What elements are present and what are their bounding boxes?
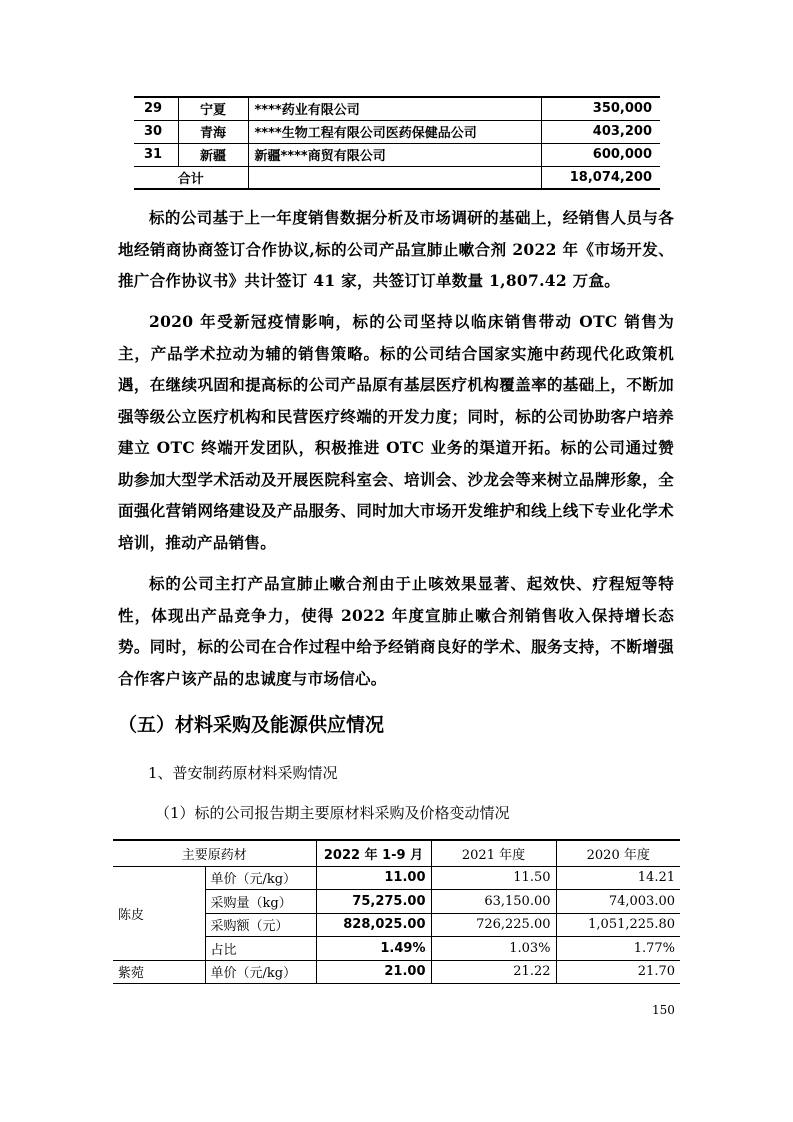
- value-2022: 75,275.00: [316, 890, 431, 914]
- company-name: ****药业有限公司: [248, 97, 541, 120]
- paragraph-product-competitiveness: 标的公司主打产品宣肺止嗽合剂由于止咳效果显著、起效快、疗程短等特性，体现出产品竞…: [118, 568, 674, 694]
- province: 新疆: [178, 143, 248, 166]
- header-material: 主要原药材: [113, 840, 316, 866]
- table-header-row: 主要原药材 2022 年 1-9 月 2021 年度 2020 年度: [113, 840, 680, 866]
- table-row: 陈皮 单价（元/kg） 11.00 11.50 14.21: [113, 866, 680, 890]
- value-2020: 21.70: [556, 960, 680, 984]
- header-2022: 2022 年 1-9 月: [316, 840, 431, 866]
- value-2022: 1.49%: [316, 937, 431, 961]
- paragraph-sales-strategy: 2020 年受新冠疫情影响，标的公司坚持以临床销售带动 OTC 销售为主，产品学…: [118, 306, 674, 558]
- section-heading: （五）材料采购及能源供应情况: [118, 710, 384, 737]
- metric-label: 采购量（kg）: [205, 890, 316, 914]
- value-2020: 1,051,225.80: [556, 913, 680, 937]
- total-row: 合计 18,074,200: [134, 166, 660, 189]
- metric-label: 采购额（元）: [205, 913, 316, 937]
- header-2021: 2021 年度: [431, 840, 556, 866]
- amount: 350,000: [541, 97, 660, 120]
- metric-label: 占比: [205, 937, 316, 961]
- sub-heading-price-changes: （1）标的公司报告期主要原材料采购及价格变动情况: [155, 802, 510, 823]
- table-row: 29 宁夏 ****药业有限公司 350,000: [134, 97, 660, 120]
- company-name: 新疆****商贸有限公司: [248, 143, 541, 166]
- company-name: ****生物工程有限公司医药保健品公司: [248, 120, 541, 143]
- province: 青海: [178, 120, 248, 143]
- value-2020: 74,003.00: [556, 890, 680, 914]
- total-company: [248, 166, 541, 189]
- value-2020: 1.77%: [556, 937, 680, 961]
- row-number: 31: [134, 143, 178, 166]
- distributor-table: 29 宁夏 ****药业有限公司 350,000 30 青海 ****生物工程有…: [134, 96, 660, 190]
- paragraph-sales-agreements: 标的公司基于上一年度销售数据分析及市场调研的基础上，经销售人员与各地经销商协商签…: [118, 202, 674, 297]
- value-2022: 828,025.00: [316, 913, 431, 937]
- amount: 403,200: [541, 120, 660, 143]
- header-2020: 2020 年度: [556, 840, 680, 866]
- amount: 600,000: [541, 143, 660, 166]
- total-label: 合计: [134, 166, 248, 189]
- province: 宁夏: [178, 97, 248, 120]
- value-2022: 21.00: [316, 960, 431, 984]
- material-procurement-table: 主要原药材 2022 年 1-9 月 2021 年度 2020 年度 陈皮 单价…: [113, 839, 680, 984]
- total-amount: 18,074,200: [541, 166, 660, 189]
- material-name: 陈皮: [113, 866, 205, 960]
- value-2021: 11.50: [431, 866, 556, 890]
- value-2021: 1.03%: [431, 937, 556, 961]
- value-2021: 21.22: [431, 960, 556, 984]
- value-2022: 11.00: [316, 866, 431, 890]
- metric-label: 单价（元/kg）: [205, 960, 316, 984]
- sub-heading-procurement: 1、普安制药原材料采购情况: [148, 762, 338, 783]
- row-number: 30: [134, 120, 178, 143]
- value-2021: 726,225.00: [431, 913, 556, 937]
- value-2021: 63,150.00: [431, 890, 556, 914]
- page-number: 150: [652, 1003, 675, 1017]
- metric-label: 单价（元/kg）: [205, 866, 316, 890]
- table-row: 30 青海 ****生物工程有限公司医药保健品公司 403,200: [134, 120, 660, 143]
- row-number: 29: [134, 97, 178, 120]
- material-name: 紫菀: [113, 960, 205, 984]
- table-row: 紫菀 单价（元/kg） 21.00 21.22 21.70: [113, 960, 680, 984]
- value-2020: 14.21: [556, 866, 680, 890]
- table-row: 31 新疆 新疆****商贸有限公司 600,000: [134, 143, 660, 166]
